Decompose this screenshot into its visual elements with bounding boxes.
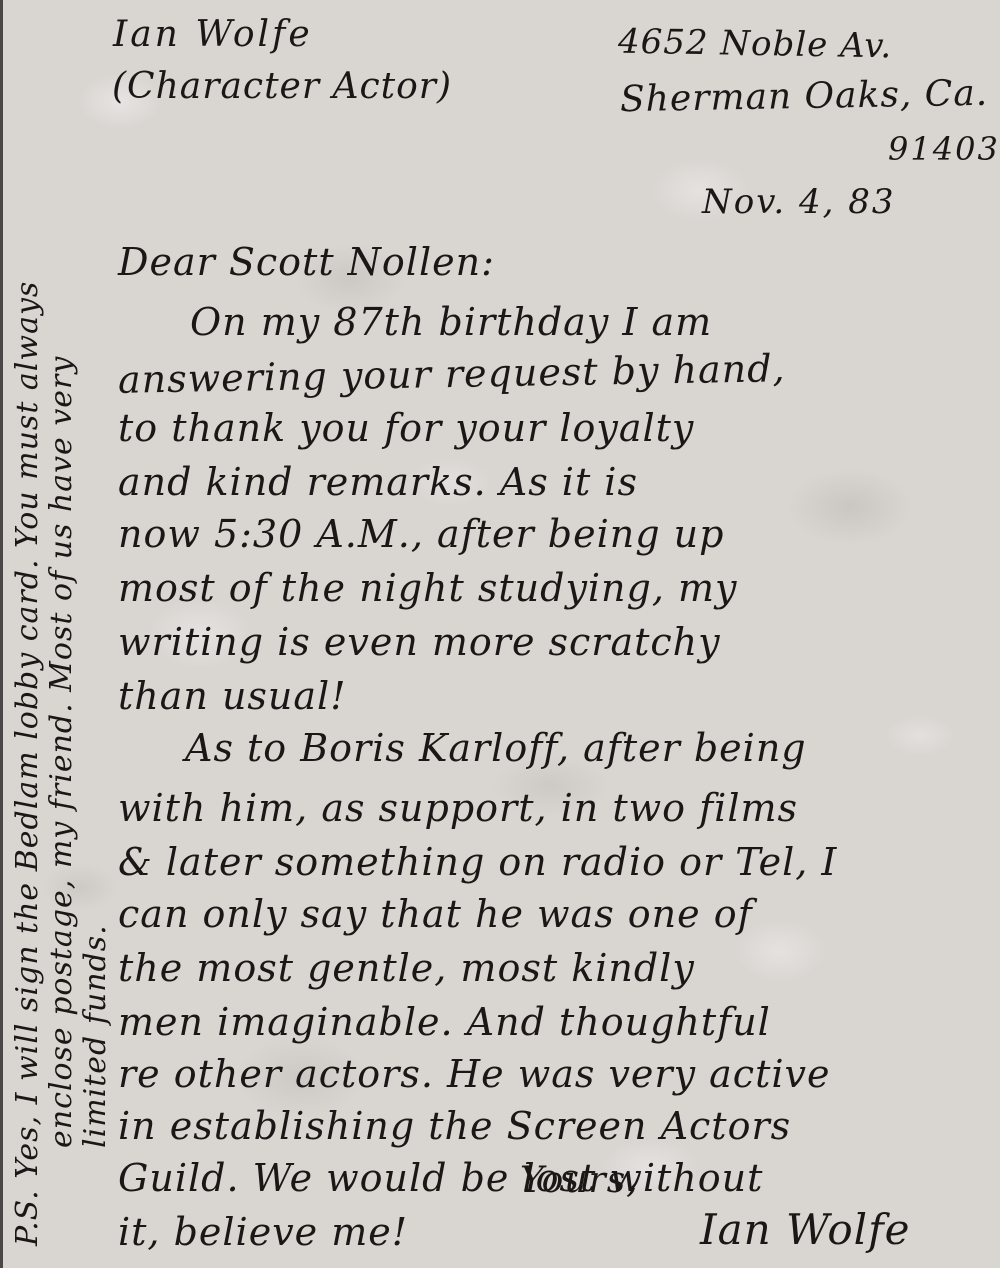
body-line: with him, as support, in two films (118, 786, 798, 830)
body-line: men imaginable. And thoughtful (118, 1000, 771, 1044)
body-line: re other actors. He was very active (118, 1052, 830, 1096)
margin-postscript: P.S. Yes, I will sign the Bedlam lobby c… (8, 0, 118, 1268)
postscript-line: P.S. Yes, I will sign the Bedlam lobby c… (10, 281, 45, 1246)
postscript-line: enclose postage, my friend. Most of us h… (44, 356, 79, 1148)
letter-page: Ian Wolfe (Character Actor) 4652 Noble A… (0, 0, 1000, 1268)
body-line: the most gentle, most kindly (118, 946, 695, 990)
address-city: Sherman Oaks, Ca. (620, 73, 989, 120)
body-line: now 5:30 A.M., after being up (118, 512, 724, 556)
body-line: most of the night studying, my (118, 566, 738, 610)
page-edge (0, 0, 3, 1268)
salutation: Dear Scott Nollen: (118, 240, 495, 284)
body-line: & later something on radio or Tel, I (118, 840, 837, 884)
address-zip: 91403 (888, 130, 1000, 168)
body-line: in establishing the Screen Actors (118, 1104, 791, 1148)
body-line: than usual! (118, 674, 346, 718)
closing: Yours, (520, 1160, 639, 1201)
body-line: and kind remarks. As it is (118, 460, 638, 504)
body-line: Guild. We would be lost without (118, 1156, 763, 1200)
body-line: can only say that he was one of (118, 892, 753, 936)
body-line: As to Boris Karloff, after being (185, 726, 807, 770)
body-line: On my 87th birthday I am (190, 300, 712, 344)
letterhead-name: Ian Wolfe (113, 14, 313, 55)
letterhead-role: (Character Actor) (112, 66, 452, 107)
body-line: writing is even more scratchy (118, 620, 721, 664)
address-street: 4652 Noble Av. (618, 22, 893, 67)
signature: Ian Wolfe (700, 1205, 910, 1254)
postscript-line: limited funds. (78, 924, 113, 1148)
body-line: to thank you for your loyalty (118, 406, 694, 450)
body-line: answering your request by hand, (118, 346, 786, 402)
body-line: it, believe me! (118, 1210, 408, 1254)
letter-date: Nov. 4, 83 (702, 182, 896, 222)
